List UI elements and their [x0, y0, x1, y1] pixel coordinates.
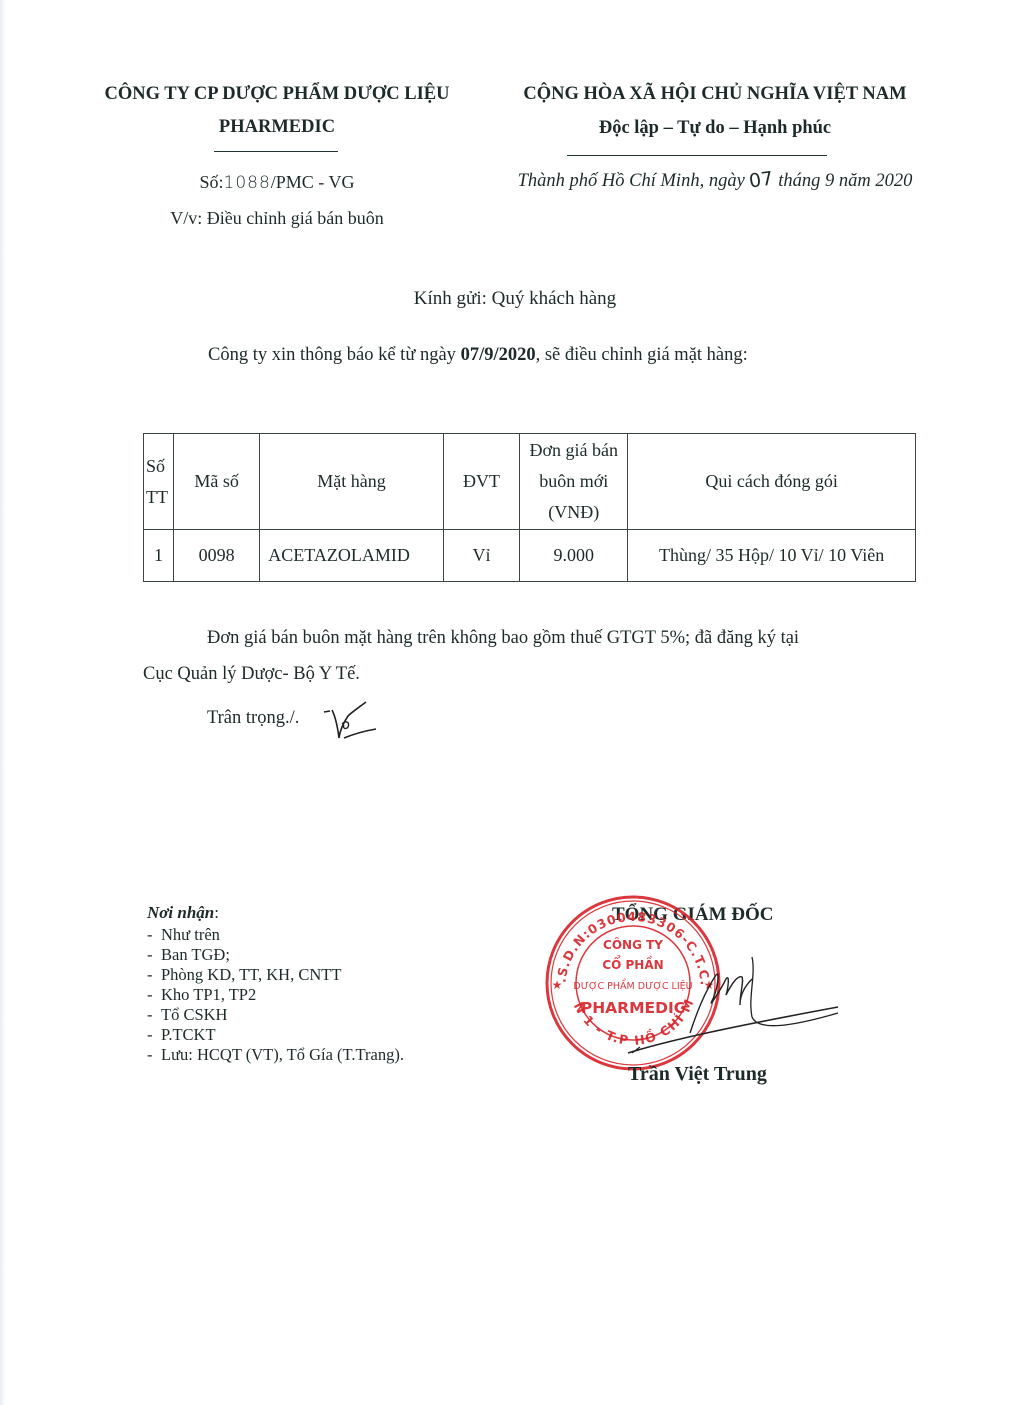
- header-code: Mã số: [173, 434, 259, 530]
- cell-stt: 1: [144, 530, 174, 582]
- list-item: Phòng KD, TT, KH, CNTT: [147, 965, 404, 985]
- tax-note-line1: Đơn giá bán buôn mặt hàng trên không bao…: [207, 628, 799, 649]
- cell-unit: Vỉ: [443, 530, 519, 582]
- cell-packaging: Thùng/ 35 Hộp/ 10 Vỉ/ 10 Viên: [628, 530, 916, 582]
- cell-price: 9.000: [520, 530, 628, 582]
- document-subject: V/v: Điều chỉnh giá bán buôn: [92, 208, 462, 229]
- header-product: Mặt hàng: [260, 434, 443, 530]
- list-item: Kho TP1, TP2: [147, 985, 404, 1005]
- place-date: Thành phố Hồ Chí Minh, ngày 07 tháng 9 n…: [490, 169, 940, 192]
- place-date-suffix: tháng 9 năm 2020: [774, 171, 913, 191]
- intro-after: , sẽ điều chỉnh giá mặt hàng:: [536, 345, 748, 365]
- salutation: Kính gửi: Quý khách hàng: [0, 288, 1020, 310]
- intro-before: Công ty xin thông báo kể từ ngày: [208, 345, 461, 365]
- signature-icon: [580, 935, 840, 1055]
- list-item: P.TCKT: [147, 1025, 404, 1045]
- intro-paragraph: Công ty xin thông báo kể từ ngày 07/9/20…: [208, 345, 748, 366]
- day-handwritten: 07: [748, 167, 775, 192]
- cell-product: ACETAZOLAMID: [260, 530, 443, 582]
- number-handwritten: 1088: [224, 173, 271, 193]
- list-item: Lưu: HCQT (VT), Tổ Gía (T.Trang).: [147, 1045, 404, 1065]
- list-item: Tổ CSKH: [147, 1005, 404, 1025]
- header-price: Đơn giá bán buôn mới (VNĐ): [520, 434, 628, 530]
- recipients-list: Như trên Ban TGĐ; Phòng KD, TT, KH, CNTT…: [147, 925, 404, 1065]
- number-suffix: /PMC - VG: [271, 172, 355, 192]
- price-table: Số TT Mã số Mặt hàng ĐVT Đơn giá bán buô…: [143, 433, 916, 582]
- header-unit: ĐVT: [443, 434, 519, 530]
- svg-text:★: ★: [552, 978, 563, 992]
- header-packaging: Qui cách đóng gói: [628, 434, 916, 530]
- director-name: Trần Việt Trung: [628, 1063, 767, 1086]
- divider: [214, 151, 338, 152]
- list-item: Ban TGĐ;: [147, 945, 404, 965]
- company-name: CÔNG TY CP DƯỢC PHẨM DƯỢC LIỆU: [92, 84, 462, 105]
- company-brand: PHARMEDIC: [92, 117, 462, 138]
- number-prefix: Số:: [200, 172, 224, 192]
- header-stt: Số TT: [144, 434, 174, 530]
- cell-code: 0098: [173, 530, 259, 582]
- table-header-row: Số TT Mã số Mặt hàng ĐVT Đơn giá bán buô…: [144, 434, 916, 530]
- list-item: Như trên: [147, 925, 404, 945]
- document-number: Số:1088/PMC - VG: [92, 172, 462, 193]
- national-motto: Độc lập – Tự do – Hạnh phúc: [490, 118, 940, 139]
- initials-icon: [322, 700, 378, 742]
- republic-name: CỘNG HÒA XÃ HỘI CHỦ NGHĨA VIỆT NAM: [490, 84, 940, 105]
- recipients-title: Nơi nhận:: [147, 903, 219, 923]
- tax-note-line2: Cục Quản lý Dược- Bộ Y Tế.: [143, 664, 360, 685]
- place-date-prefix: Thành phố Hồ Chí Minh, ngày: [518, 171, 750, 191]
- closing-regards: Trân trọng./.: [207, 708, 299, 729]
- effective-date: 07/9/2020: [461, 345, 536, 365]
- scan-edge: [0, 0, 6, 1405]
- divider: [567, 155, 827, 156]
- table-row: 1 0098 ACETAZOLAMID Vỉ 9.000 Thùng/ 35 H…: [144, 530, 916, 582]
